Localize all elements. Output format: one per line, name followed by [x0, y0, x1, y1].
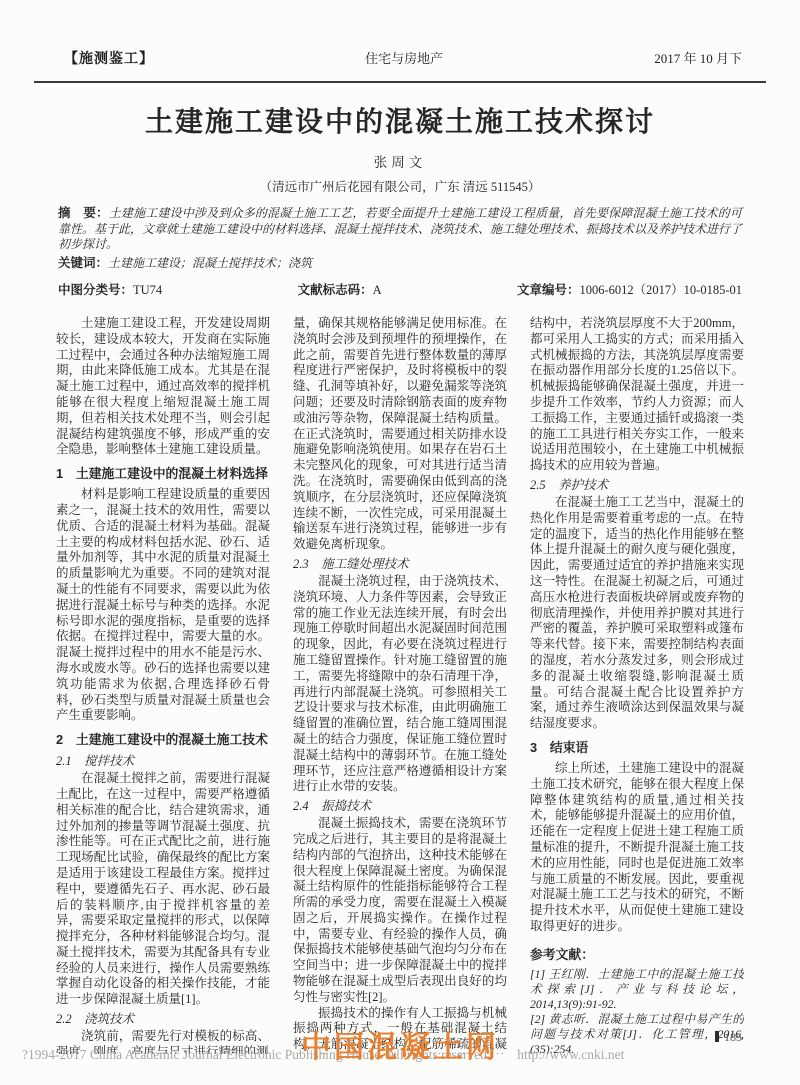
watermark: 中国混凝土网: [301, 1022, 499, 1066]
issue-date: 2017 年 10 月下: [654, 48, 742, 67]
section-heading-1: 1 土建施工建设中的混凝土材料选择: [56, 466, 270, 482]
article-number-value: 1006-6012（2017）10-0185-01: [580, 283, 743, 297]
page-number: 185: [715, 1030, 742, 1045]
author-affiliation: （清远市广州后花园有限公司，广东 清远 511545）: [0, 177, 800, 195]
paragraph-conclusion: 综上所述，土建施工建设中的混凝土施工技术研究，能够在很大程度上保障整体建筑结构的…: [530, 761, 744, 935]
subsection-heading-2-1: 2.1 搅拌技术: [56, 753, 270, 769]
keywords: 关键词：土建施工建设；混凝土搅拌技术；浇筑: [58, 256, 742, 272]
subsection-heading-2-5: 2.5 养护技术: [530, 477, 744, 493]
author-name: 张周文: [0, 151, 800, 171]
article-body: 土建施工建设工程，开发建设周期较长，建设成本较大，开发商在实际施工过程中，会通过…: [56, 316, 744, 1054]
header-divider: [34, 81, 766, 83]
paragraph-intro: 土建施工建设工程，开发建设周期较长，建设成本较大，开发商在实际施工过程中，会通过…: [56, 316, 270, 458]
subsection-heading-2-4: 2.4 振捣技术: [293, 798, 507, 814]
clc-number: 中图分类号：TU74: [58, 280, 162, 298]
subsection-heading-2-2: 2.2 浇筑技术: [56, 1011, 270, 1027]
clc-value: TU74: [133, 283, 162, 297]
reference-item-1: [1] 王红刚．土建施工中的混凝土施工技术探索[J]．产业与科技论坛，2014,…: [530, 967, 744, 1012]
text-column-3: 结构中，若浇筑层厚度不大于200mm，都可采用人工捣实的方式；而采用插入式机械振…: [530, 316, 744, 1054]
paragraph-vibrating-2-cont: 结构中，若浇筑层厚度不大于200mm，都可采用人工捣实的方式；而采用插入式机械振…: [530, 316, 744, 474]
article-number: 文章编号：1006-6012（2017）10-0185-01: [517, 280, 742, 298]
paragraph-materials: 材料是影响工程建设质量的重要因素之一，混凝土技术的效用性，需要以优质、合适的混凝…: [56, 487, 270, 724]
paragraph-curing: 在混凝土施工工艺当中，混凝土的热化作用是需要着重考虑的一点。在特定的温度下，适当…: [530, 495, 744, 732]
keywords-text: 土建施工建设；混凝土搅拌技术；浇筑: [108, 256, 312, 270]
doc-code-label: 文献标志码：: [298, 283, 373, 297]
abstract-label: 摘 要：: [58, 206, 109, 220]
keywords-label: 关键词：: [58, 256, 108, 270]
column-tag: 【施测鉴工】: [64, 48, 154, 68]
paragraph-vibrating-1: 混凝土振捣技术，需要在浇筑环节完成之后进行，其主要目的是将混凝土结构内部的气泡挤…: [293, 816, 507, 1006]
section-heading-2: 2 土建施工建设中的混凝土施工技术: [56, 732, 270, 748]
article-title: 土建施工建设中的混凝土施工技术探讨: [40, 100, 760, 140]
text-column-1: 土建施工建设工程，开发建设周期较长，建设成本较大，开发商在实际施工过程中，会通过…: [56, 316, 270, 1054]
article-number-label: 文章编号：: [517, 283, 580, 297]
subsection-heading-2-3: 2.3 施工缝处理技术: [293, 556, 507, 572]
paragraph-joint: 混凝土浇筑过程，由于浇筑技术、浇筑环境、人力条件等因素，会导致正常的施工作业无法…: [293, 574, 507, 795]
references-label: 参考文献：: [530, 947, 744, 963]
clc-label: 中图分类号：: [58, 283, 133, 297]
journal-name: 住宅与房地产: [365, 48, 443, 67]
abstract-text: 土建施工建设中涉及到众多的混凝土施工工艺，若要全面提升土建施工建设工程质量，首先…: [58, 206, 742, 251]
paragraph-mixing: 在混凝土搅拌之前，需要进行混凝土配比，在这一过程中，需要严格遵循相关标准的配合比…: [56, 771, 270, 1008]
page-number-bar-icon: [715, 1031, 719, 1042]
journal-page: 【施测鉴工】 住宅与房地产 2017 年 10 月下 土建施工建设中的混凝土施工…: [0, 0, 800, 1085]
text-column-2: 量，确保其规格能够满足使用标准。在浇筑时会涉及到预埋件的预埋操作，在此之前，需要…: [293, 316, 507, 1054]
page-number-value: 185: [724, 1030, 742, 1044]
doc-code-value: A: [373, 283, 382, 297]
section-heading-3: 3 结束语: [530, 740, 744, 756]
paragraph-pouring-cont: 量，确保其规格能够满足使用标准。在浇筑时会涉及到预埋件的预埋操作，在此之前，需要…: [293, 316, 507, 553]
abstract: 摘 要：土建施工建设中涉及到众多的混凝土施工工艺，若要全面提升土建施工建设工程质…: [58, 206, 742, 253]
page-header: 【施测鉴工】 住宅与房地产 2017 年 10 月下: [0, 0, 800, 68]
article-meta: 中图分类号：TU74 文献标志码：A 文章编号：1006-6012（2017）1…: [58, 280, 742, 298]
doc-code: 文献标志码：A: [298, 280, 382, 298]
